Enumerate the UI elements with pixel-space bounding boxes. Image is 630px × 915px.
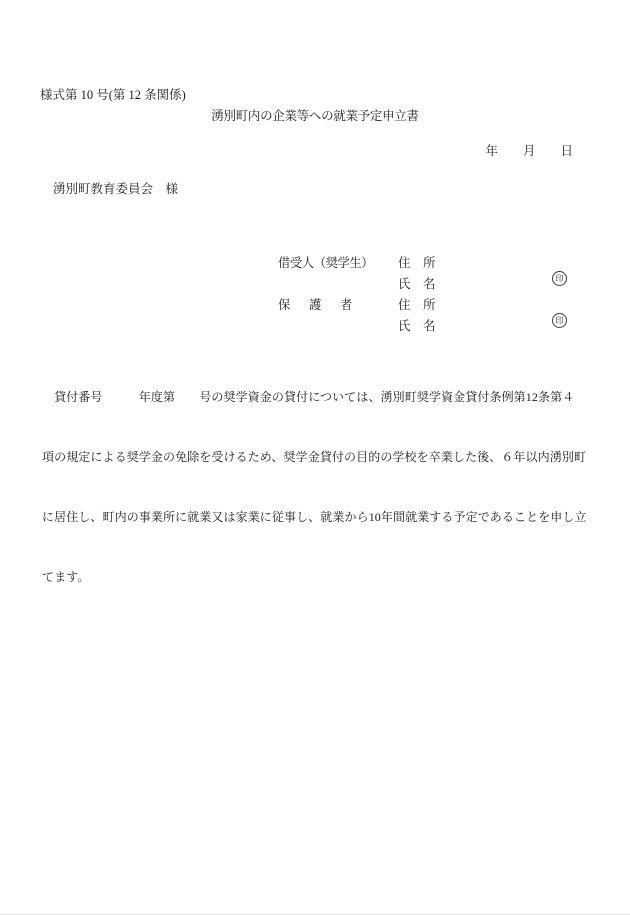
body-paragraph: 貸付番号 年度第 号の奨学資金の貸付については、湧別町奨学資金貸付条例第12条第…: [42, 347, 592, 627]
body-line-3: に居住し、町内の事業所に就業又は家業に従事し、就業から10年間就業する予定である…: [42, 507, 592, 527]
guardian-role-label: 保 護 者: [278, 295, 356, 313]
form-number: 様式第 10 号(第 12 条関係): [40, 85, 186, 103]
seal-icon: 印: [552, 313, 567, 328]
body-line-2: 項の規定による奨学金の免除を受けるため、奨学金貸付の目的の学校を卒業した後、６年…: [42, 447, 592, 467]
seal-character: 印: [555, 275, 564, 284]
borrower-role-label: 借受人（奨学生）: [278, 253, 373, 271]
seal-character: 印: [555, 317, 564, 326]
date-line: 年 月 日: [485, 141, 573, 159]
body-line-4: てます。: [42, 567, 592, 587]
addressee: 湧別町教育委員会 様: [53, 179, 178, 197]
guardian-address-label: 住 所: [398, 295, 436, 313]
guardian-name-label: 氏 名: [398, 316, 436, 334]
document-title: 湧別町内の企業等への就業予定申立書: [0, 106, 630, 124]
borrower-address-label: 住 所: [398, 253, 436, 271]
document-page: 様式第 10 号(第 12 条関係) 湧別町内の企業等への就業予定申立書 年 月…: [0, 0, 630, 915]
seal-icon: 印: [552, 271, 567, 286]
body-line-1: 貸付番号 年度第 号の奨学資金の貸付については、湧別町奨学資金貸付条例第12条第…: [42, 387, 592, 407]
borrower-name-label: 氏 名: [398, 274, 436, 292]
